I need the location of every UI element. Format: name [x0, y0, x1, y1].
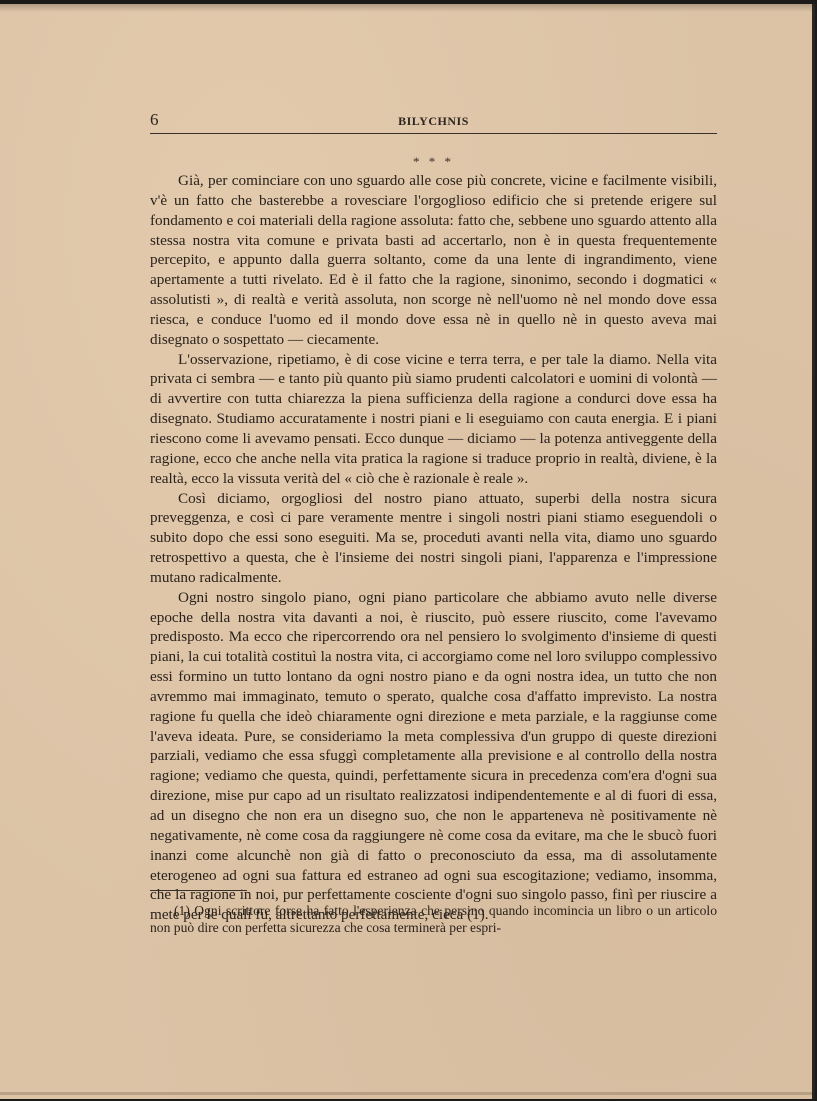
page-bottom-edge	[0, 1092, 812, 1095]
page-top-edge	[0, 4, 812, 12]
footnote-rule	[150, 890, 247, 891]
footnote: (1) Ogni scrittore forse ha fatto l'espe…	[150, 902, 717, 936]
section-break: * * *	[150, 154, 717, 170]
header-rule	[150, 133, 717, 134]
scanned-page: 6 BILYCHNIS * * * Già, per cominciare co…	[0, 4, 815, 1099]
running-title: BILYCHNIS	[150, 114, 717, 129]
paragraph: Così diciamo, orgogliosi del nostro pian…	[150, 489, 717, 588]
running-header: 6 BILYCHNIS	[150, 110, 717, 132]
paragraph: Ogni nostro singolo piano, ogni piano pa…	[150, 588, 717, 925]
body-text: Già, per cominciare con uno sguardo alle…	[150, 171, 717, 925]
paragraph: L'osservazione, ripetiamo, è di cose vic…	[150, 350, 717, 489]
paragraph: Già, per cominciare con uno sguardo alle…	[150, 171, 717, 350]
